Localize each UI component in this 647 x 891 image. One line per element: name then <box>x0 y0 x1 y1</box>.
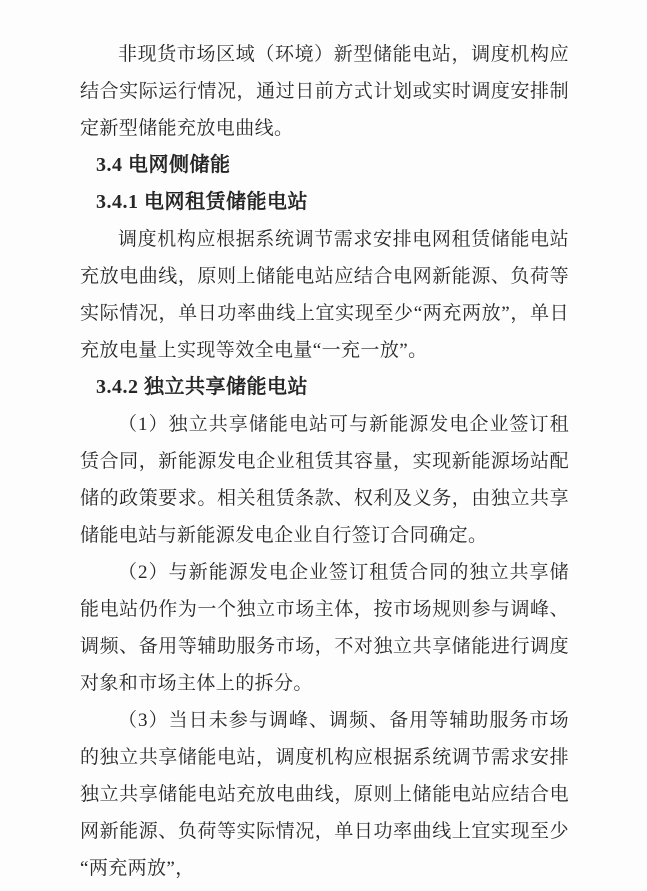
document-page: 非现货市场区域（环境）新型储能电站，调度机构应结合实际运行情况，通过日前方式计划… <box>0 0 647 891</box>
heading-3-4-1-grid-leased-storage: 3.4.1 电网租赁储能电站 <box>80 184 569 221</box>
paragraph-item-3-non-ancillary-dispatch: （3）当日未参与调峰、调频、备用等辅助服务市场的独立共享储能电站，调度机构应根据… <box>80 702 569 887</box>
paragraph-item-2-independent-market-entity: （2）与新能源发电企业签订租赁合同的独立共享储能电站仍作为一个独立市场主体，按市… <box>80 554 569 702</box>
paragraph-non-spot-market: 非现货市场区域（环境）新型储能电站，调度机构应结合实际运行情况，通过日前方式计划… <box>80 36 569 147</box>
paragraph-item-1-lease-contract: （1）独立共享储能电站可与新能源发电企业签订租赁合同，新能源发电企业租赁其容量，… <box>80 406 569 554</box>
heading-3-4-grid-side-storage: 3.4 电网侧储能 <box>80 147 569 184</box>
heading-3-4-2-independent-shared-storage: 3.4.2 独立共享储能电站 <box>80 369 569 406</box>
paragraph-grid-leased-storage-dispatch: 调度机构应根据系统调节需求安排电网租赁储能电站充放电曲线，原则上储能电站应结合电… <box>80 221 569 369</box>
